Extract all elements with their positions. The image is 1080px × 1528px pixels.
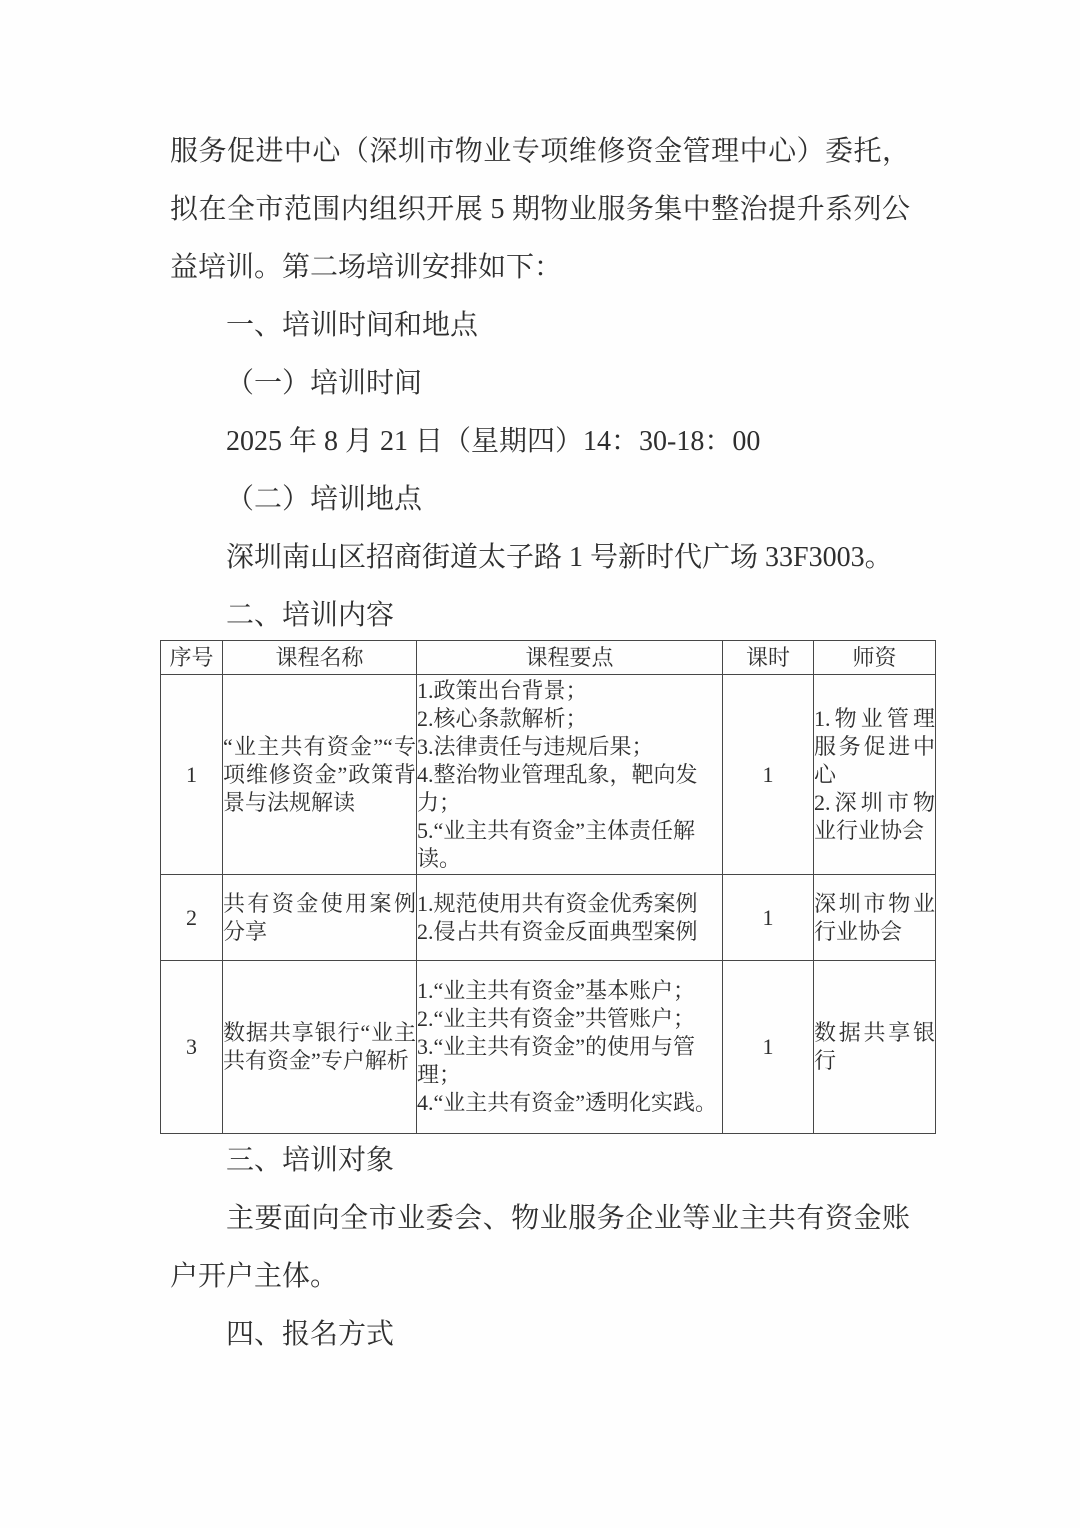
col-header-hours: 课时 (723, 641, 814, 675)
col-header-points: 课程要点 (417, 641, 723, 675)
training-time-value: 2025 年 8 月 21 日（星期四）14：30-18：00 (170, 413, 910, 471)
point-item: 3.法律责任与违规后果； (417, 733, 722, 761)
cell-no: 2 (161, 875, 223, 961)
cell-hours: 1 (723, 961, 814, 1134)
table-row: 3 数据共享银行“业主共有资金”专户解析 1.“业主共有资金”基本账户； 2.“… (161, 961, 936, 1134)
cell-teachers: 深圳市物业行业协会 (814, 875, 936, 961)
point-item: 3.“业主共有资金”的使用与管理； (417, 1033, 722, 1089)
point-item: 2.侵占共有资金反面典型案例 (417, 918, 722, 946)
intro-line: 服务促进中心（深圳市物业专项维修资金管理中心）委托， (170, 123, 910, 181)
cell-hours: 1 (723, 875, 814, 961)
cell-teachers: 数据共享银行 (814, 961, 936, 1134)
cell-course-points: 1.规范使用共有资金优秀案例 2.侵占共有资金反面典型案例 (417, 875, 723, 961)
teacher-item: 深圳市物业行业协会 (814, 890, 935, 946)
table-row: 1 “业主共有资金”“专项维修资金”政策背景与法规解读 1.政策出台背景； 2.… (161, 675, 936, 875)
teacher-item: 数据共享银行 (814, 1019, 935, 1075)
cell-course-points: 1.“业主共有资金”基本账户； 2.“业主共有资金”共管账户； 3.“业主共有资… (417, 961, 723, 1134)
heading-registration: 四、报名方式 (170, 1306, 910, 1364)
teacher-item: 2.深圳市物业行业协会 (814, 789, 935, 845)
heading-training-content: 二、培训内容 (170, 587, 910, 645)
table-header-row: 序号 课程名称 课程要点 课时 师资 (161, 641, 936, 675)
audience-line: 主要面向全市业委会、物业服务企业等业主共有资金账 (170, 1190, 910, 1248)
course-table: 序号 课程名称 课程要点 课时 师资 1 “业主共有资金”“专项维修资金”政策背… (160, 640, 936, 1134)
point-item: 4.“业主共有资金”透明化实践。 (417, 1089, 722, 1117)
heading-training-audience: 三、培训对象 (170, 1132, 910, 1190)
point-item: 2.“业主共有资金”共管账户； (417, 1005, 722, 1033)
subheading-training-place: （二）培训地点 (170, 471, 910, 529)
cell-course-name: 共有资金使用案例分享 (223, 875, 417, 961)
cell-no: 1 (161, 675, 223, 875)
cell-course-name: “业主共有资金”“专项维修资金”政策背景与法规解读 (223, 675, 417, 875)
intro-line: 益培训。第二场培训安排如下： (170, 239, 910, 297)
col-header-no: 序号 (161, 641, 223, 675)
cell-hours: 1 (723, 675, 814, 875)
table-row: 2 共有资金使用案例分享 1.规范使用共有资金优秀案例 2.侵占共有资金反面典型… (161, 875, 936, 961)
document-content: 服务促进中心（深圳市物业专项维修资金管理中心）委托， 拟在全市范围内组织开展 5… (170, 123, 910, 1364)
point-item: 2.核心条款解析； (417, 705, 722, 733)
audience-line: 户开户主体。 (170, 1248, 910, 1306)
col-header-teachers: 师资 (814, 641, 936, 675)
intro-line: 拟在全市范围内组织开展 5 期物业服务集中整治提升系列公 (170, 181, 910, 239)
point-item: 1.“业主共有资金”基本账户； (417, 977, 722, 1005)
cell-course-points: 1.政策出台背景； 2.核心条款解析； 3.法律责任与违规后果； 4.整治物业管… (417, 675, 723, 875)
point-item: 5.“业主共有资金”主体责任解读。 (417, 817, 722, 873)
document-page: 服务促进中心（深圳市物业专项维修资金管理中心）委托， 拟在全市范围内组织开展 5… (0, 0, 1080, 1528)
cell-course-name: 数据共享银行“业主共有资金”专户解析 (223, 961, 417, 1134)
cell-no: 3 (161, 961, 223, 1134)
point-item: 1.规范使用共有资金优秀案例 (417, 890, 722, 918)
subheading-training-time: （一）培训时间 (170, 355, 910, 413)
col-header-name: 课程名称 (223, 641, 417, 675)
teacher-item: 1.物业管理服务促进中心 (814, 705, 935, 789)
point-item: 1.政策出台背景； (417, 677, 722, 705)
point-item: 4.整治物业管理乱象，靶向发力； (417, 761, 722, 817)
cell-teachers: 1.物业管理服务促进中心 2.深圳市物业行业协会 (814, 675, 936, 875)
training-address: 深圳南山区招商街道太子路 1 号新时代广场 33F3003。 (170, 529, 910, 587)
heading-time-location: 一、培训时间和地点 (170, 297, 910, 355)
